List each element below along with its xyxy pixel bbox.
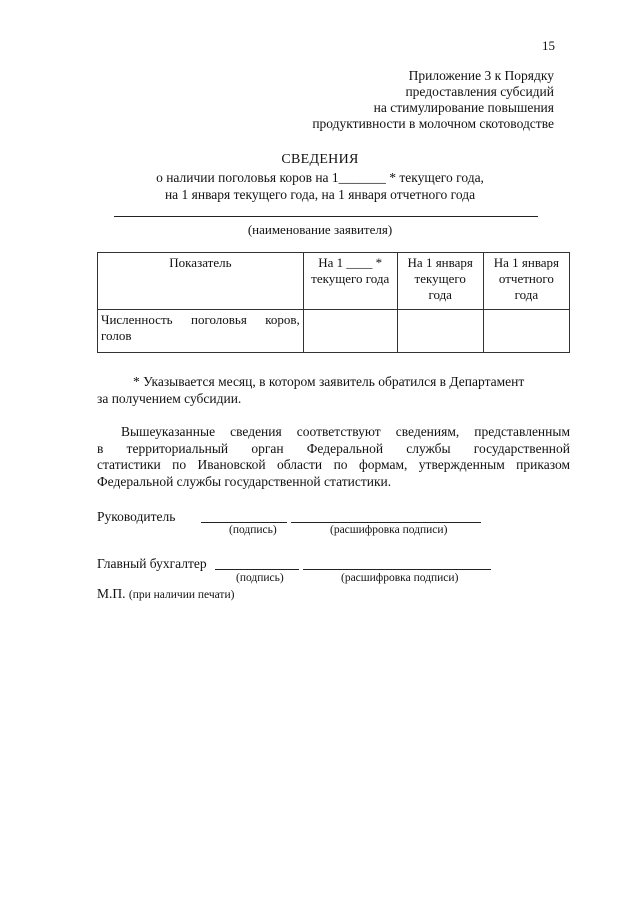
column-header-label: отчетного xyxy=(487,271,566,287)
appendix-line: предоставления субсидий xyxy=(312,84,554,100)
column-header-label: года xyxy=(401,287,480,303)
column-header-jan-reporting: На 1 января отчетного года xyxy=(483,253,569,310)
column-header-indicator: Показатель xyxy=(98,253,304,310)
seal-block: М.П. (при наличии печати) xyxy=(97,586,234,602)
indent xyxy=(97,424,121,441)
seal-label: М.П. xyxy=(97,586,126,601)
column-header-label: текущего xyxy=(401,271,480,287)
column-header-label: На 1 января xyxy=(487,255,566,271)
applicant-caption: (наименование заявителя) xyxy=(0,222,640,238)
column-header-label: года xyxy=(487,287,566,303)
cell-jan-reporting-value[interactable] xyxy=(483,310,569,353)
chief-accountant-signature-caption: (подпись) xyxy=(236,572,284,584)
head-label: Руководитель xyxy=(97,509,175,525)
cell-current-month-value[interactable] xyxy=(303,310,397,353)
statement-word: в xyxy=(97,441,103,458)
statement-word: орган xyxy=(251,441,283,458)
chief-accountant-signature-field[interactable] xyxy=(215,569,299,570)
appendix-line: Приложение 3 к Порядку xyxy=(312,68,554,84)
column-header-label: текущего года xyxy=(307,271,394,287)
footnote-line: за получением субсидии. xyxy=(97,391,570,408)
column-header-label: Показатель xyxy=(169,255,231,270)
indicator-word: поголовья xyxy=(191,312,247,328)
chief-accountant-label: Главный бухгалтер xyxy=(97,556,207,572)
document-title: СВЕДЕНИЯ xyxy=(0,152,640,168)
chief-accountant-decoding-caption: (расшифровка подписи) xyxy=(341,572,458,584)
document-subtitle-line2: на 1 января текущего года, на 1 января о… xyxy=(0,187,640,203)
appendix-reference: Приложение 3 к Порядку предоставления су… xyxy=(312,68,554,132)
appendix-line: на стимулирование повышения xyxy=(312,100,554,116)
statement-word: территориальный xyxy=(127,441,229,458)
footnote: * Указывается месяц, в котором заявитель… xyxy=(97,374,570,407)
document-subtitle-line1: о наличии поголовья коров на 1_______ * … xyxy=(0,170,640,186)
column-header-current-month: На 1 ____ * текущего года xyxy=(303,253,397,310)
statement-line: Вышеуказанные сведения соответствуют све… xyxy=(121,424,570,441)
statement-line: статистики по Ивановской области по форм… xyxy=(97,457,570,474)
column-header-jan-current: На 1 января текущего года xyxy=(397,253,483,310)
indicator-word: коров, xyxy=(265,312,300,328)
appendix-line: продуктивности в молочном скотоводстве xyxy=(312,116,554,132)
head-decoding-field[interactable] xyxy=(291,522,481,523)
statement-word: Федеральной xyxy=(307,441,383,458)
column-header-label: На 1 ____ * xyxy=(307,255,394,271)
table-row: Численность поголовья коров, голов xyxy=(98,310,570,353)
column-header-label: На 1 января xyxy=(401,255,480,271)
head-signature-field[interactable] xyxy=(201,522,287,523)
applicant-name-field[interactable] xyxy=(114,216,538,217)
indicator-word: Численность xyxy=(101,312,173,328)
seal-note: (при наличии печати) xyxy=(129,589,235,601)
page-number: 15 xyxy=(542,38,555,54)
cell-jan-current-value[interactable] xyxy=(397,310,483,353)
statement-paragraph: Вышеуказанные сведения соответствуют све… xyxy=(97,424,570,490)
table-header-row: Показатель На 1 ____ * текущего года На … xyxy=(98,253,570,310)
livestock-table: Показатель На 1 ____ * текущего года На … xyxy=(97,252,570,353)
head-decoding-caption: (расшифровка подписи) xyxy=(330,524,447,536)
statement-word: службы xyxy=(406,441,450,458)
head-signature-caption: (подпись) xyxy=(229,524,277,536)
statement-line: Федеральной службы государственной стати… xyxy=(97,474,570,491)
indicator-unit: голов xyxy=(101,328,300,344)
cell-indicator: Численность поголовья коров, голов xyxy=(98,310,304,353)
chief-accountant-decoding-field[interactable] xyxy=(303,569,491,570)
statement-line: в территориальный орган Федеральной служ… xyxy=(97,441,570,458)
statement-word: государственной xyxy=(474,441,570,458)
footnote-line: * Указывается месяц, в котором заявитель… xyxy=(133,374,524,389)
